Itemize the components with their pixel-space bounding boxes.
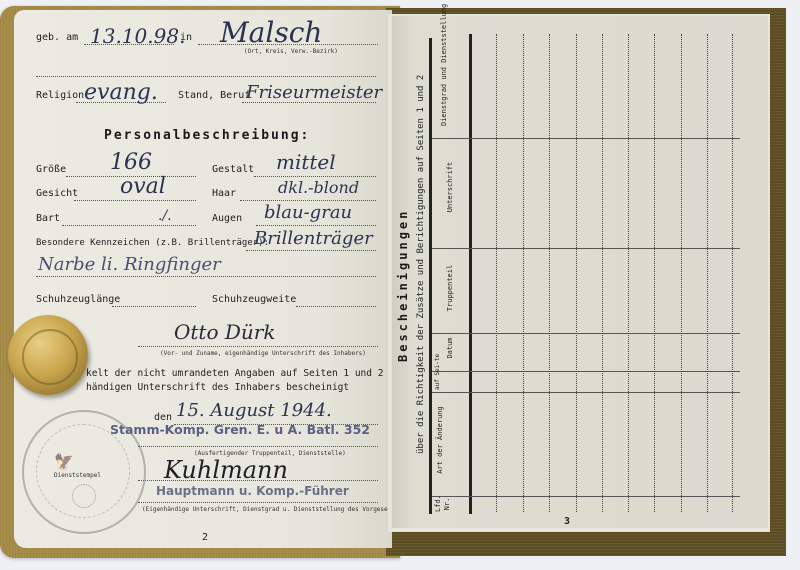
column-header-serial: Lfd. Nr.: [434, 496, 452, 512]
birth-place-value: Malsch: [220, 16, 322, 49]
dotted-line: [240, 200, 376, 201]
column-divider: [432, 333, 740, 334]
table-row-2[interactable]: [523, 34, 524, 512]
table-border-left: [429, 38, 432, 514]
dotted-line: [74, 200, 196, 201]
wreath-icon: [72, 484, 96, 508]
face-value: oval: [120, 174, 166, 199]
dotted-line: [246, 250, 376, 251]
page-number-right: 3: [564, 516, 570, 527]
table-row-7[interactable]: [654, 34, 655, 512]
shoe-length-label: Schuhzeuglänge: [36, 294, 120, 305]
table-row-9[interactable]: [707, 34, 708, 512]
table-row-4[interactable]: [576, 34, 577, 512]
dotted-line: [36, 76, 376, 77]
table-row-6[interactable]: [628, 34, 629, 512]
column-header-unit: Truppenteil: [446, 250, 455, 326]
religion-label: Religion: [36, 90, 84, 101]
table-row-1[interactable]: [496, 34, 497, 512]
section-title: Personalbeschreibung:: [104, 128, 310, 143]
column-header-rank: Dienstgrad und Dienststellung: [440, 36, 449, 126]
marks-value-1: Brillenträger: [254, 228, 373, 249]
dotted-line: [36, 276, 376, 277]
dotted-line: [62, 225, 196, 226]
dotted-line: [138, 480, 378, 481]
column-divider: [432, 371, 740, 372]
unit-stamp: Stamm-Komp. Gren. E. u A. Batl. 352: [110, 422, 370, 437]
table-row-5[interactable]: [602, 34, 603, 512]
seal-label: Dienststempel: [54, 472, 101, 479]
birth-place-hint: (Ort, Kreis, Verw.-Bezirk): [244, 48, 338, 55]
marks-label: Besondere Kennzeichen (z.B. Brillenträge…: [36, 238, 269, 248]
beard-value: ./.: [158, 208, 172, 224]
column-divider: [432, 248, 740, 249]
marks-value-2: Narbe li. Ringfinger: [38, 254, 221, 275]
column-header-date: Datum: [446, 330, 455, 366]
coin: [8, 315, 88, 395]
birth-place-label: in: [180, 32, 192, 43]
height-value: 166: [110, 150, 152, 175]
occupation-label: Stand, Beruf: [178, 90, 250, 101]
birth-date-value: 13.10.98.: [90, 24, 185, 48]
eagle-icon: 🦅: [54, 452, 74, 471]
religion-value: evang.: [84, 80, 158, 105]
dotted-line: [138, 446, 378, 447]
table-row-3[interactable]: [549, 34, 550, 512]
hair-label: Haar: [212, 188, 236, 199]
dotted-line: [254, 176, 376, 177]
dotted-line: [138, 346, 378, 347]
eyes-value: blau-grau: [264, 202, 352, 223]
page-number-left: 2: [202, 532, 208, 543]
shoe-length-field: [112, 306, 196, 307]
dotted-line: [256, 225, 376, 226]
table-row-10[interactable]: [732, 34, 733, 512]
shoe-width-field: [296, 306, 376, 307]
hair-value: dkl.-blond: [278, 178, 359, 197]
eyes-label: Augen: [212, 213, 242, 224]
column-divider: [432, 392, 740, 393]
date-value: 15. August 1944.: [176, 400, 332, 421]
certification-text-2: händigen Unterschrift des Inhabers besch…: [86, 382, 349, 393]
column-divider: [432, 138, 740, 139]
occupation-value: Friseurmeister: [246, 82, 382, 103]
column-divider: [432, 496, 740, 497]
column-header-change-type: Art der Änderung: [436, 392, 445, 488]
official-seal: 🦅 Dienststempel: [22, 410, 146, 534]
beard-label: Bart: [36, 213, 60, 224]
build-label: Gestalt: [212, 164, 254, 175]
rank-caption: (Eigenhändige Unterschrift, Dienstgrad u…: [142, 506, 392, 513]
certification-text-1: kelt der nicht umrandeten Angaben auf Se…: [86, 368, 392, 379]
table-subtitle: über die Richtigkeit der Zusätze und Ber…: [416, 75, 426, 454]
table-title: Bescheinigungen: [396, 209, 410, 362]
face-label: Gesicht: [36, 188, 78, 199]
rank-stamp: Hauptmann u. Komp.-Führer: [156, 484, 349, 498]
holder-signature: Otto Dürk: [174, 320, 275, 344]
dotted-line: [138, 502, 378, 503]
table-header-border: [469, 34, 472, 514]
height-label: Größe: [36, 164, 66, 175]
shoe-width-label: Schuhzeugweite: [212, 294, 296, 305]
page-3: Bescheinigungen über die Richtigkeit der…: [392, 16, 768, 528]
table-row-8[interactable]: [681, 34, 682, 512]
coin-relief: [22, 329, 78, 385]
birth-date-label: geb. am: [36, 32, 78, 43]
holder-signature-caption: (Vor- und Zuname, eigenhändige Unterschr…: [160, 350, 366, 357]
column-header-signature: Unterschrift: [446, 142, 455, 232]
build-value: mittel: [276, 150, 336, 174]
column-header-page: auf Sei-te: [434, 368, 441, 390]
